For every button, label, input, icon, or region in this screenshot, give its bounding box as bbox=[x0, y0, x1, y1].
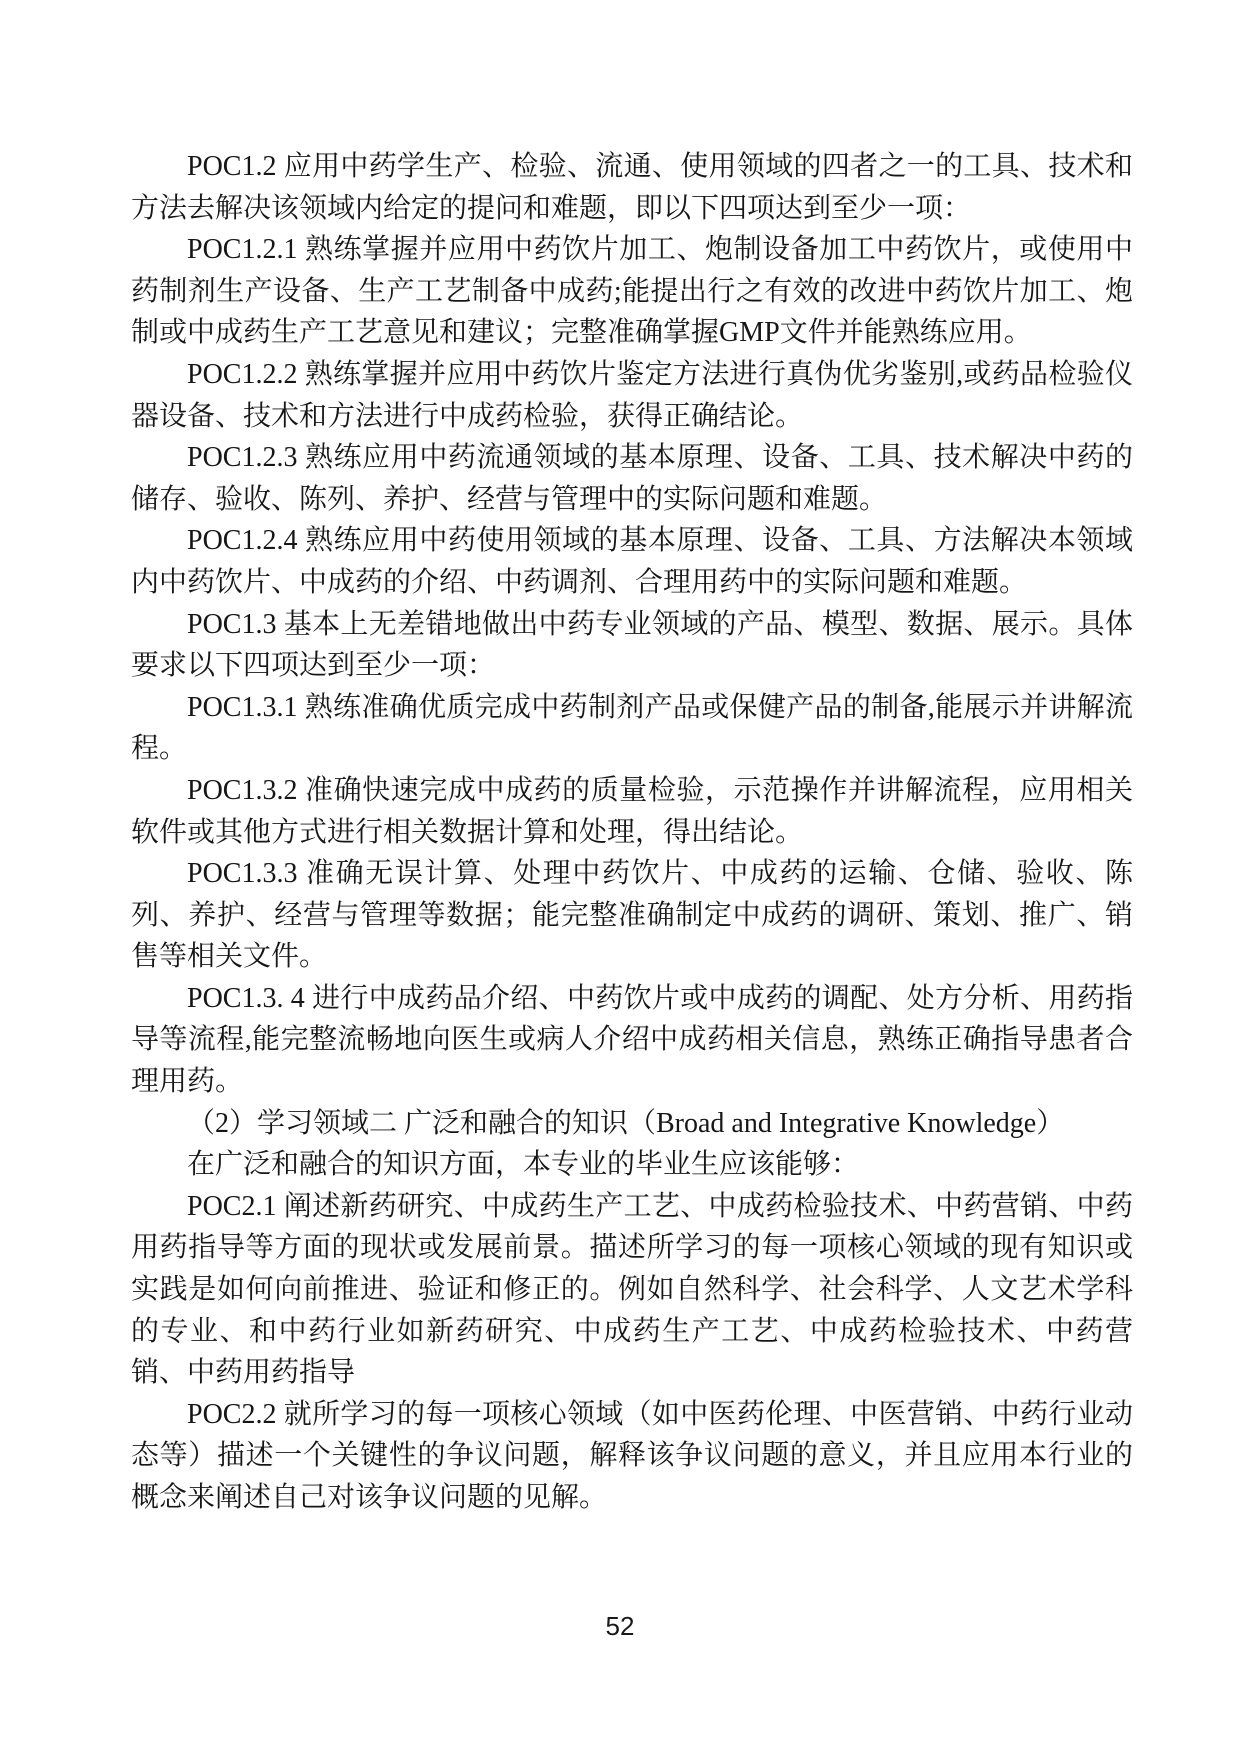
paragraph-poc2-2: POC2.2 就所学习的每一项核心领域（如中医药伦理、中医营销、中药行业动态等）… bbox=[131, 1394, 1133, 1519]
paragraph-poc1-2: POC1.2 应用中药学生产、检验、流通、使用领域的四者之一的工具、技术和方法去… bbox=[131, 146, 1133, 229]
paragraph-poc1-3: POC1.3 基本上无差错地做出中药专业领域的产品、模型、数据、展示。具体要求以… bbox=[131, 604, 1133, 687]
paragraph-poc1-2-2: POC1.2.2 熟练掌握并应用中药饮片鉴定方法进行真伪优劣鉴别,或药品检验仪器… bbox=[131, 354, 1133, 437]
paragraph-poc1-2-4: POC1.2.4 熟练应用中药使用领域的基本原理、设备、工具、方法解决本领域内中… bbox=[131, 520, 1133, 603]
paragraph-poc1-3-3: POC1.3.3 准确无误计算、处理中药饮片、中成药的运输、仓储、验收、陈列、养… bbox=[131, 853, 1133, 978]
paragraph-poc2-1: POC2.1 阐述新药研究、中成药生产工艺、中成药检验技术、中药营销、中药用药指… bbox=[131, 1186, 1133, 1394]
paragraph-poc1-2-1: POC1.2.1 熟练掌握并应用中药饮片加工、炮制设备加工中药饮片，或使用中药制… bbox=[131, 229, 1133, 354]
paragraph-learning-area-2-intro: 在广泛和融合的知识方面，本专业的毕业生应该能够： bbox=[131, 1144, 1133, 1186]
page-number: 52 bbox=[0, 1608, 1240, 1644]
paragraph-poc1-3-2: POC1.3.2 准确快速完成中成药的质量检验，示范操作并讲解流程，应用相关软件… bbox=[131, 770, 1133, 853]
page-body-text: POC1.2 应用中药学生产、检验、流通、使用领域的四者之一的工具、技术和方法去… bbox=[131, 146, 1133, 1519]
paragraph-learning-area-2-heading: （2）学习领域二 广泛和融合的知识（Broad and Integrative … bbox=[131, 1103, 1133, 1145]
document-page: POC1.2 应用中药学生产、检验、流通、使用领域的四者之一的工具、技术和方法去… bbox=[0, 0, 1240, 1753]
paragraph-poc1-3-1: POC1.3.1 熟练准确优质完成中药制剂产品或保健产品的制备,能展示并讲解流程… bbox=[131, 687, 1133, 770]
paragraph-poc1-3-4: POC1.3. 4 进行中成药品介绍、中药饮片或中成药的调配、处方分析、用药指导… bbox=[131, 978, 1133, 1103]
paragraph-poc1-2-3: POC1.2.3 熟练应用中药流通领域的基本原理、设备、工具、技术解决中药的储存… bbox=[131, 437, 1133, 520]
